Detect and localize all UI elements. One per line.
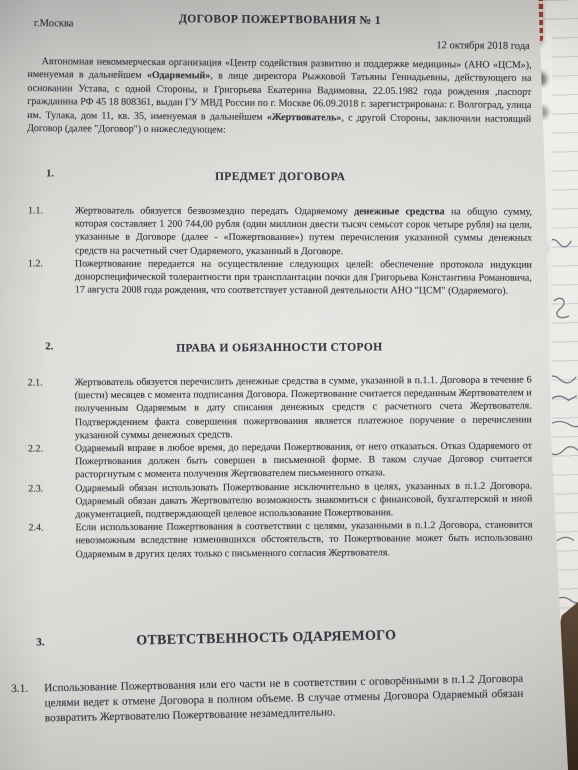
section-heading-row: 2.ПРАВА И ОБЯЗАННОСТИ СТОРОН [27,336,531,357]
contract-page: г.Москва ДОГОВОР ПОЖЕРТВОВАНИЯ № 1 12 ок… [0,0,568,770]
text-run: Использование Пожертвования или его част… [44,672,523,724]
section-heading-row: 1.ПРЕДМЕТ ДОГОВОРА [28,167,532,186]
clause-text: Жертвователь обязуется безвозмездно пере… [75,205,532,259]
clause-text: Если использование Пожертвования в соотв… [75,519,532,561]
document-date: 12 октября 2018 года [436,40,529,52]
text-run: Пожертвование передается на осуществлени… [75,259,532,298]
clause-text: Жертвователь обязуется перечислить денеж… [75,373,532,442]
text-run: Жертвователь обязуется перечислить денеж… [75,374,532,441]
header-block: г.Москва ДОГОВОР ПОЖЕРТВОВАНИЯ № 1 12 ок… [27,12,532,139]
contract-section-3: 3.ОТВЕТСТВЕННОСТЬ ОДАРЯЕМОГО3.1.Использо… [10,623,524,727]
contract-section-2: 2.ПРАВА И ОБЯЗАННОСТИ СТОРОН2.1.Жертвова… [27,336,532,561]
bold-term: денежные средства [354,207,444,218]
contract-clause: 2.2.Одаряемый вправе в любое время, до п… [28,439,532,482]
document-header: г.Москва ДОГОВОР ПОЖЕРТВОВАНИЯ № 1 [28,12,532,32]
clause-number: 2.3. [28,482,75,522]
section-number: 1. [46,169,54,180]
clause-number: 1.2. [28,258,75,298]
section-number: 2. [45,341,53,352]
text-run: Одаряемый вправе в любое время, до перед… [75,440,532,480]
document-title: ДОГОВОР ПОЖЕРТВОВАНИЯ № 1 [28,12,532,28]
contract-clause: 1.2.Пожертвование передается на осуществ… [28,258,532,299]
city-label: г.Москва [34,18,74,29]
contract-clause: 2.1.Жертвователь обязуется перечислить д… [28,373,532,442]
clause-text: Одаряемый обязан использовать Пожертвова… [75,479,532,521]
section-heading: ОТВЕТСТВЕННОСТЬ ОДАРЯЕМОГО [136,628,396,648]
clause-number: 2.1. [28,376,75,442]
contract-clause: 2.4.Если использование Пожертвования в с… [28,519,532,562]
preamble-paragraph: Автономная некоммерческая организация «Ц… [27,55,532,139]
date-row: 12 октября 2018 года [28,37,532,52]
clause-number: 1.1. [28,205,75,258]
text-run: Если использование Пожертвования в соотв… [75,520,532,560]
bold-term: «Одаряемый» [147,70,211,81]
text-run: Жертвователь обязуется безвозмездно пере… [75,206,354,218]
section-heading: ПРЕДМЕТ ДОГОВОРА [215,171,345,183]
bold-term: «Жертвователь» [267,112,342,124]
contract-clause: 2.3.Одаряемый обязан использовать Пожерт… [28,479,532,522]
section-number: 3. [36,636,44,648]
section-heading-row: 3.ОТВЕТСТВЕННОСТЬ ОДАРЯЕМОГО [10,623,522,651]
clause-text: Использование Пожертвования или его част… [44,671,524,726]
page-content: г.Москва ДОГОВОР ПОЖЕРТВОВАНИЯ № 1 12 ок… [28,12,532,727]
sections-container: 1.ПРЕДМЕТ ДОГОВОРА1.1.Жертвователь обязу… [28,167,532,727]
section-heading: ПРАВА И ОБЯЗАННОСТИ СТОРОН [176,341,382,354]
contract-clause: 3.1.Использование Пожертвования или его … [11,671,524,727]
clause-number: 3.1. [11,681,45,727]
contract-clause: 1.1.Жертвователь обязуется безвозмездно … [28,205,532,259]
clause-text: Одаряемый вправе в любое время, до перед… [75,439,532,481]
clause-text: Пожертвование передается на осуществлени… [75,258,532,299]
text-run: Одаряемый обязан использовать Пожертвова… [75,480,532,520]
clause-number: 2.2. [28,442,75,482]
contract-section-1: 1.ПРЕДМЕТ ДОГОВОРА1.1.Жертвователь обязу… [28,167,532,299]
clause-number: 2.4. [28,521,75,561]
photo-of-contract: г.Москва ДОГОВОР ПОЖЕРТВОВАНИЯ № 1 12 ок… [0,0,578,770]
